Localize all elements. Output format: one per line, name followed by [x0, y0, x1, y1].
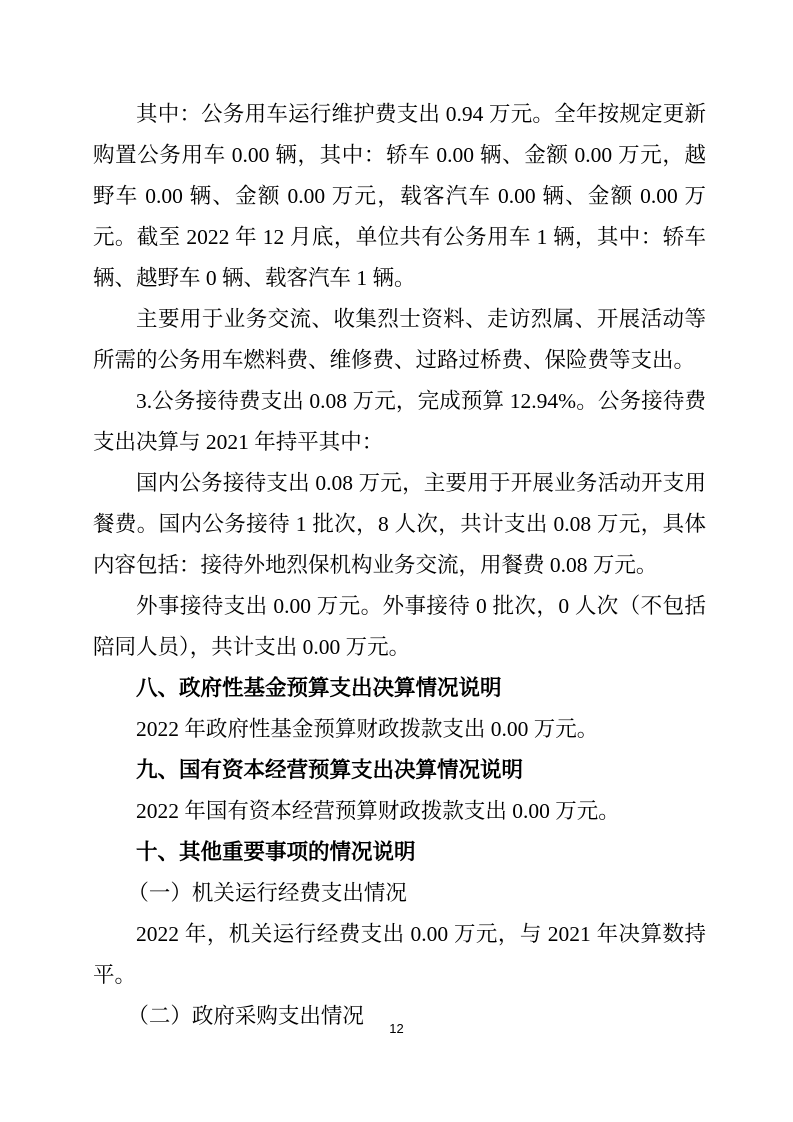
- page-footer: 12: [0, 1020, 793, 1038]
- sub-heading: （一）机关运行经费支出情况: [93, 873, 706, 914]
- document-page: 其中：公务用车运行维护费支出 0.94 万元。全年按规定更新购置公务用车 0.0…: [0, 0, 793, 1122]
- paragraph: 2022 年政府性基金预算财政拨款支出 0.00 万元。: [93, 709, 706, 750]
- paragraph: 外事接待支出 0.00 万元。外事接待 0 批次，0 人次（不包括陪同人员），共…: [93, 586, 706, 668]
- section-heading: 八、政府性基金预算支出决算情况说明: [93, 668, 706, 709]
- paragraph: 2022 年国有资本经营预算财政拨款支出 0.00 万元。: [93, 791, 706, 832]
- paragraph: 主要用于业务交流、收集烈士资料、走访烈属、开展活动等所需的公务用车燃料费、维修费…: [93, 299, 706, 381]
- paragraph: 3.公务接待费支出 0.08 万元，完成预算 12.94%。公务接待费支出决算与…: [93, 381, 706, 463]
- paragraph: 国内公务接待支出 0.08 万元，主要用于开展业务活动开支用餐费。国内公务接待 …: [93, 463, 706, 586]
- section-heading: 九、国有资本经营预算支出决算情况说明: [93, 750, 706, 791]
- page-number: 12: [389, 1021, 403, 1036]
- paragraph: 其中：公务用车运行维护费支出 0.94 万元。全年按规定更新购置公务用车 0.0…: [93, 94, 706, 299]
- paragraph: 2022 年，机关运行经费支出 0.00 万元，与 2021 年决算数持平。: [93, 914, 706, 996]
- document-body: 其中：公务用车运行维护费支出 0.94 万元。全年按规定更新购置公务用车 0.0…: [93, 94, 706, 1037]
- section-heading: 十、其他重要事项的情况说明: [93, 832, 706, 873]
